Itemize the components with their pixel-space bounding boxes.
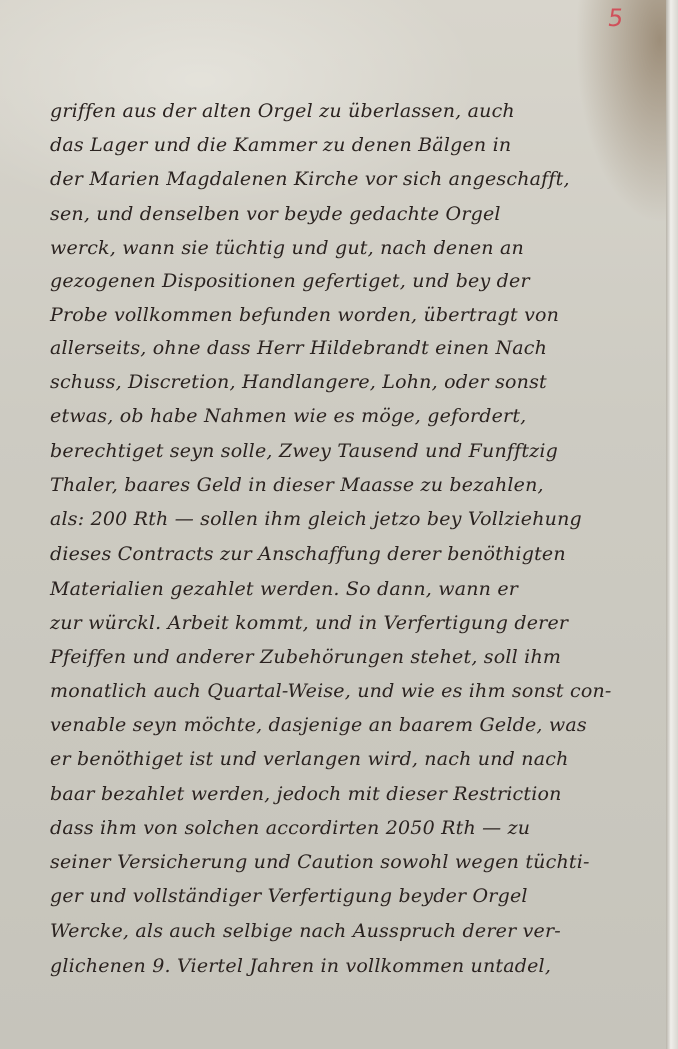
- text-line: werck, wann sie tüchtig und gut, nach de…: [50, 237, 524, 259]
- text-line: Pfeiffen und anderer Zubehörungen stehet…: [50, 646, 561, 668]
- text-line: baar bezahlet werden, jedoch mit dieser …: [50, 783, 562, 805]
- text-line: das Lager und die Kammer zu denen Bälgen…: [50, 134, 511, 156]
- text-line: Probe vollkommen befunden worden, übertr…: [50, 304, 559, 326]
- text-line: monatlich auch Quartal-Weise, und wie es…: [50, 680, 612, 702]
- text-line: ger und vollständiger Verfertigung beyde…: [50, 885, 528, 907]
- text-line: venable seyn möchte, dasjenige an baarem…: [50, 714, 587, 736]
- text-line: glichenen 9. Viertel Jahren in vollkomme…: [50, 955, 551, 977]
- page-edge: [666, 0, 678, 1049]
- text-line: Thaler, baares Geld in dieser Maasse zu …: [50, 474, 544, 496]
- text-line: Wercke, als auch selbige nach Ausspruch …: [50, 920, 561, 942]
- text-line: etwas, ob habe Nahmen wie es möge, gefor…: [50, 405, 526, 427]
- text-line: allerseits, ohne dass Herr Hildebrandt e…: [50, 337, 547, 359]
- text-line: dieses Contracts zur Anschaffung derer b…: [50, 543, 566, 565]
- text-line: seiner Versicherung und Caution sowohl w…: [50, 851, 590, 873]
- text-line: schuss, Discretion, Handlangere, Lohn, o…: [50, 371, 547, 393]
- text-line: er benöthiget ist und verlangen wird, na…: [50, 748, 569, 770]
- text-line: berechtiget seyn solle, Zwey Tausend und…: [50, 440, 558, 462]
- text-line: gezogenen Dispositionen gefertiget, und …: [50, 270, 530, 292]
- text-line: Materialien gezahlet werden. So dann, wa…: [50, 578, 518, 600]
- text-line: dass ihm von solchen accordirten 2050 Rt…: [50, 817, 530, 839]
- text-line: zur würckl. Arbeit kommt, und in Verfert…: [50, 612, 568, 634]
- text-line: der Marien Magdalenen Kirche vor sich an…: [50, 168, 570, 190]
- text-line: griffen aus der alten Orgel zu überlasse…: [50, 100, 515, 122]
- text-line: als: 200 Rth — sollen ihm gleich jetzo b…: [50, 508, 582, 530]
- text-line: sen, und denselben vor beyde gedachte Or…: [50, 203, 501, 225]
